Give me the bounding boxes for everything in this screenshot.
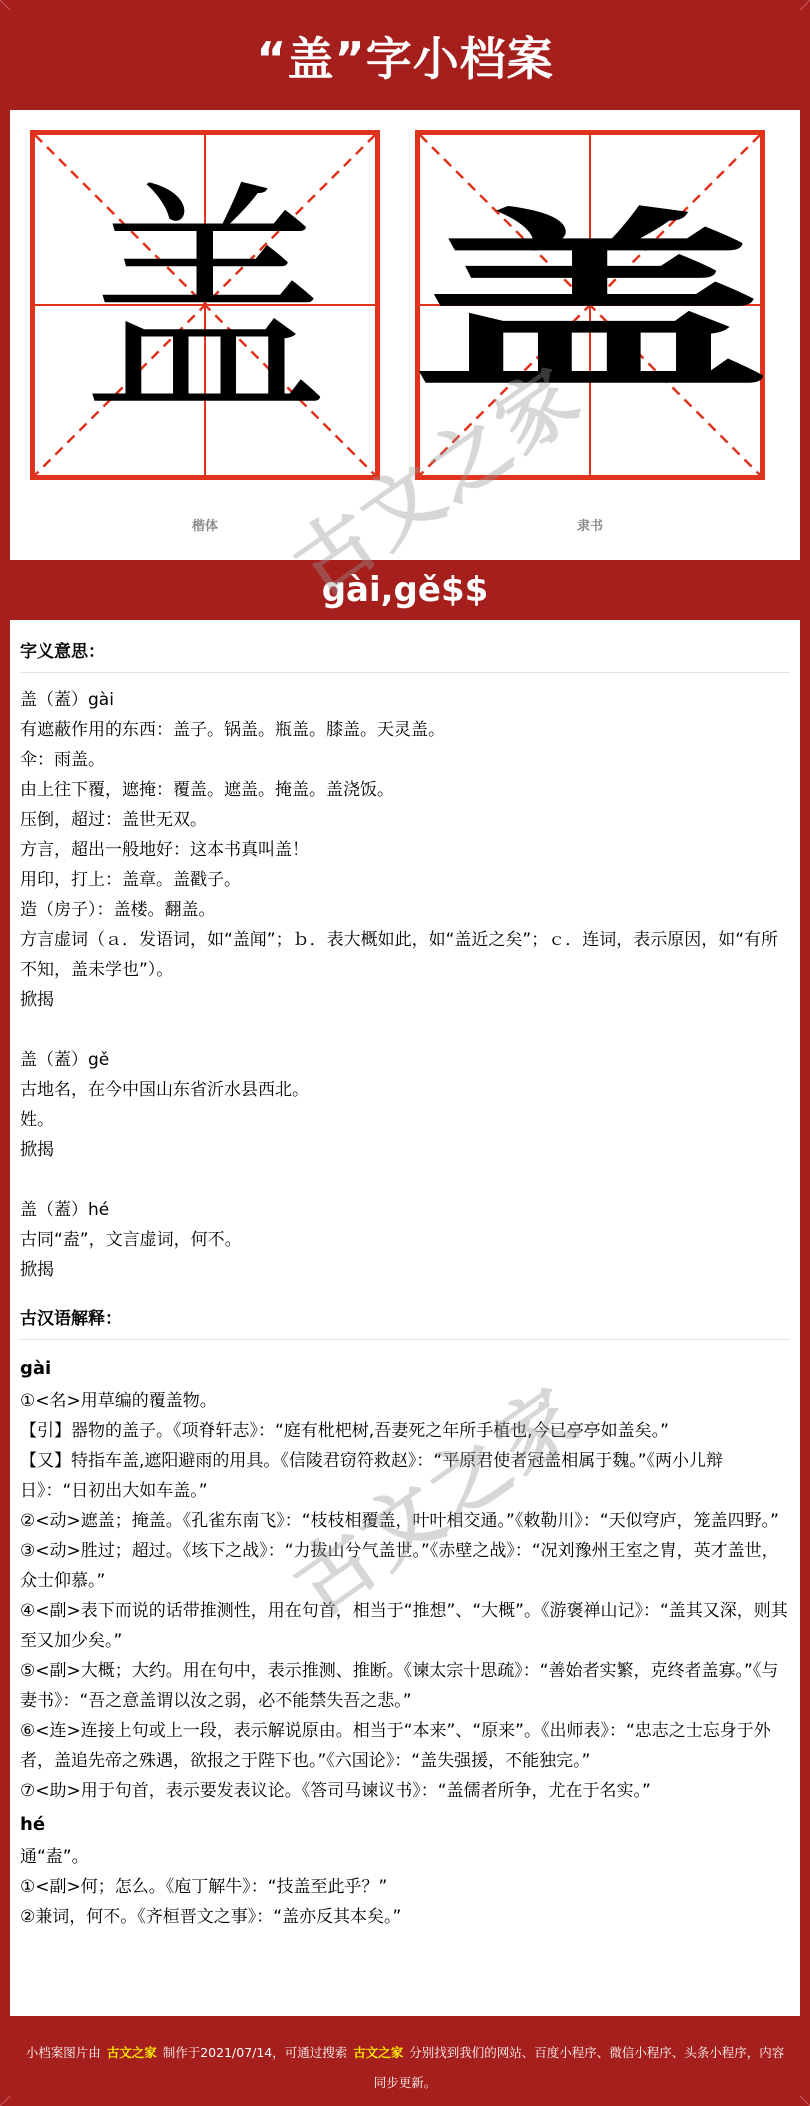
glyph-char: 盖 <box>344 172 810 437</box>
footer-brand-link[interactable]: 古文之家 <box>107 2045 157 2060</box>
definition-line: 伞：雨盖。 <box>20 745 790 775</box>
definition-line: 姓。 <box>20 1105 790 1135</box>
content-panel: 字义意思： 盖（蓋）gài 有遮蔽作用的东西：盖子。锅盖。瓶盖。膝盖。天灵盖。 … <box>10 620 800 2016</box>
classical-group-he: hé 通“盍”。 ①<副>何；怎么。《庖丁解牛》：“技盖至此乎？” ②兼词，何不… <box>20 1808 790 1932</box>
glyph-card-lishu: 盖 隶书 <box>415 130 765 534</box>
section-title-classical: 古汉语解释： <box>20 1299 790 1340</box>
page-title: “盖”字小档案 <box>0 0 810 110</box>
classical-pinyin: hé <box>20 1808 790 1842</box>
classical-line: ①<名>用草编的覆盖物。 <box>20 1386 790 1416</box>
classical-line: ⑤<副>大概；大约。用在句中，表示推测、推断。《谏太宗十思疏》：“善始者实繁，克… <box>20 1656 790 1716</box>
definition-line: 造（房子）：盖楼。翻盖。 <box>20 895 790 925</box>
definition-line: 掀揭 <box>20 1255 790 1285</box>
corner-decoration <box>0 0 10 10</box>
entry-heading: 盖（蓋）hé <box>20 1195 790 1225</box>
meaning-block-he: 盖（蓋）hé 古同“盍”，文言虚词，何不。 掀揭 <box>20 1195 790 1285</box>
corner-decoration <box>0 2096 10 2106</box>
corner-decoration <box>800 2096 810 2106</box>
classical-line: 通“盍”。 <box>20 1842 790 1872</box>
definition-line: 掀揭 <box>20 985 790 1015</box>
definition-line: 方言，超出一般地好：这本书真叫盖！ <box>20 835 790 865</box>
section-title-meaning: 字义意思： <box>20 632 790 673</box>
classical-line: ②<动>遮盖；掩盖。《孔雀东南飞》：“枝枝相覆盖，叶叶相交通。”《敕勒川》：“天… <box>20 1506 790 1536</box>
footer-credit: 小档案图片由古文之家制作于2021/07/14，可通过搜索古文之家分别找到我们的… <box>0 2016 810 2106</box>
definition-line: 古地名，在今中国山东省沂水县西北。 <box>20 1075 790 1105</box>
glyph-card-kaishu: 盖 楷体 <box>30 130 380 534</box>
mizige-grid: 盖 <box>30 130 380 480</box>
footer-text: 制作于2021/07/14，可通过搜索 <box>163 2045 348 2060</box>
definition-line: 用印，打上：盖章。盖戳子。 <box>20 865 790 895</box>
glyph-char: 盖 <box>35 135 375 475</box>
classical-line: ③<动>胜过；超过。《垓下之战》：“力拔山兮气盖世。”《赤壁之战》：“况刘豫州王… <box>20 1536 790 1596</box>
footer-text: 小档案图片由 <box>26 2045 101 2060</box>
classical-line: ①<副>何；怎么。《庖丁解牛》：“技盖至此乎？” <box>20 1872 790 1902</box>
mizige-grid: 盖 <box>415 130 765 480</box>
definition-line: 方言虚词（ａ．发语词，如“盖闻”；ｂ．表大概如此，如“盖近之矣”；ｃ．连词，表示… <box>20 925 790 985</box>
glyph-style-label: 隶书 <box>415 515 765 534</box>
classical-line: ②兼词，何不。《齐桓晋文之事》：“盖亦反其本矣。” <box>20 1902 790 1932</box>
meaning-block-gai: 盖（蓋）gài 有遮蔽作用的东西：盖子。锅盖。瓶盖。膝盖。天灵盖。 伞：雨盖。 … <box>20 685 790 1015</box>
footer-text: 分别找到我们的网站、百度小程序、微信小程序、头条小程序，内容同步更新。 <box>374 2045 785 2090</box>
entry-heading: 盖（蓋）gài <box>20 685 790 715</box>
definition-line: 掀揭 <box>20 1135 790 1165</box>
glyph-panel: 盖 楷体 盖 隶书 <box>10 110 800 560</box>
classical-line: 【引】器物的盖子。《项脊轩志》：“庭有枇杷树,吾妻死之年所手植也,今已亭亭如盖矣… <box>20 1416 790 1446</box>
definition-line: 有遮蔽作用的东西：盖子。锅盖。瓶盖。膝盖。天灵盖。 <box>20 715 790 745</box>
classical-pinyin: gài <box>20 1352 790 1386</box>
classical-line: 【又】特指车盖,遮阳避雨的用具。《信陵君窃符救赵》：“平原君使者冠盖相属于魏。”… <box>20 1446 790 1506</box>
classical-line: ⑥<连>连接上句或上一段，表示解说原由。相当于“本来”、“原来”。《出师表》：“… <box>20 1716 790 1776</box>
definition-line: 由上往下覆，遮掩：覆盖。遮盖。掩盖。盖浇饭。 <box>20 775 790 805</box>
pinyin-bar: gài,gě$$ <box>0 560 810 620</box>
classical-line: ⑦<助>用于句首，表示要发表议论。《答司马谏议书》：“盖儒者所争，尤在于名实。” <box>20 1776 790 1806</box>
corner-decoration <box>800 0 810 10</box>
definition-line: 古同“盍”，文言虚词，何不。 <box>20 1225 790 1255</box>
meaning-block-ge: 盖（蓋）gě 古地名，在今中国山东省沂水县西北。 姓。 掀揭 <box>20 1045 790 1165</box>
definition-line: 压倒，超过：盖世无双。 <box>20 805 790 835</box>
footer-brand-link[interactable]: 古文之家 <box>353 2045 403 2060</box>
classical-line: ④<副>表下而说的话带推测性，用在句首，相当于“推想”、“大概”。《游褒禅山记》… <box>20 1596 790 1656</box>
classical-group-gai: gài ①<名>用草编的覆盖物。 【引】器物的盖子。《项脊轩志》：“庭有枇杷树,… <box>20 1352 790 1806</box>
glyph-style-label: 楷体 <box>30 515 380 534</box>
entry-heading: 盖（蓋）gě <box>20 1045 790 1075</box>
